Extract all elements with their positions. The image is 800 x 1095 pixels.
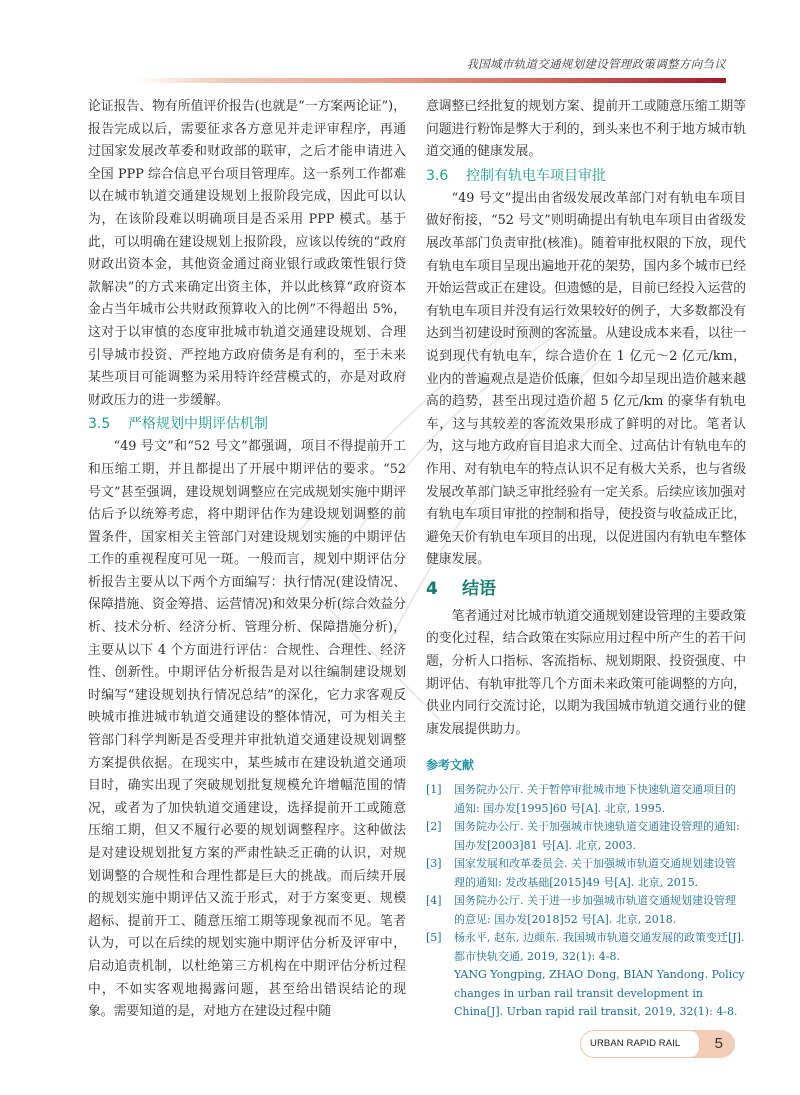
left-column: 论证报告、物有所值评价报告(也就是“一方案两论证”)，报告完成以后，需要征求各方…: [88, 96, 406, 1024]
chapter-number: 4: [426, 574, 462, 604]
body-paragraph: “49 号文”提出由省级发展改革部门对有轨电车项目做好衔接，“52 号文”则明确…: [426, 188, 746, 572]
reference-text: 杨永平, 赵东, 边颜东. 我国城市轨道交通发展的政策变迁[J]. 都市快轨交通…: [454, 931, 744, 963]
reference-item: [3] 国家发展和改革委员会. 关于加强城市轨道交通规划建设管理的通知: 发改基…: [426, 855, 746, 892]
right-column: 意调整已经批复的规划方案、提前开工或随意压缩工期等问题进行粉饰是弊大于利的，到头…: [426, 96, 746, 1053]
reference-text-english: YANG Yongping, ZHAO Dong, BIAN Yandong. …: [454, 966, 746, 1022]
running-title: 我国城市轨道交通规划建设管理政策调整方向刍议: [466, 56, 726, 72]
section-heading-3-6: 3.6控制有轨电车项目审批: [426, 164, 746, 188]
section-title: 严格规划中期评估机制: [128, 416, 268, 432]
reference-item: [5] 杨永平, 赵东, 边颜东. 我国城市轨道交通发展的政策变迁[J]. 都市…: [426, 929, 746, 1022]
section-heading-3-5: 3.5严格规划中期评估机制: [88, 412, 406, 436]
reference-text: 国务院办公厅. 关于进一步加强城市轨道交通规划建设管理的意见: 国办发[2018…: [454, 894, 736, 926]
chapter-title: 结语: [462, 579, 496, 599]
page-footer: URBAN RAPID RAIL TRANSIT 5: [580, 1030, 735, 1058]
reference-item: [4] 国务院办公厅. 关于进一步加强城市轨道交通规划建设管理的意见: 国办发[…: [426, 892, 746, 929]
header-rule: [135, 78, 726, 83]
references-list: [1] 国务院办公厅. 关于暂停审批城市地下快速轨道交通项目的通知: 国办发[1…: [426, 781, 746, 1022]
reference-item: [1] 国务院办公厅. 关于暂停审批城市地下快速轨道交通项目的通知: 国办发[1…: [426, 781, 746, 818]
section-number: 3.5: [88, 412, 128, 436]
reference-text: 国务院办公厅. 关于暂停审批城市地下快速轨道交通项目的通知: 国办发[1995]…: [454, 783, 736, 815]
journal-name: URBAN RAPID RAIL TRANSIT: [580, 1030, 700, 1058]
reference-text: 国务院办公厅. 关于加强城市快速轨道交通建设管理的通知: 国办发[2003]81…: [454, 820, 740, 852]
reference-text: 国家发展和改革委员会. 关于加强城市轨道交通规划建设管理的通知: 发改基础[20…: [454, 857, 736, 889]
reference-number: [3]: [426, 855, 442, 874]
reference-number: [5]: [426, 929, 442, 948]
body-paragraph: 论证报告、物有所值评价报告(也就是“一方案两论证”)，报告完成以后，需要征求各方…: [88, 96, 406, 412]
reference-item: [2] 国务院办公厅. 关于加强城市快速轨道交通建设管理的通知: 国办发[200…: [426, 818, 746, 855]
section-title: 控制有轨电车项目审批: [466, 168, 606, 184]
reference-number: [4]: [426, 892, 442, 911]
body-paragraph: 意调整已经批复的规划方案、提前开工或随意压缩工期等问题进行粉饰是弊大于利的，到头…: [426, 96, 746, 164]
references-title: 参考文献: [426, 755, 746, 775]
reference-number: [2]: [426, 818, 442, 837]
page-number: 5: [715, 1030, 723, 1058]
section-number: 3.6: [426, 164, 466, 188]
reference-number: [1]: [426, 781, 442, 800]
body-paragraph: “49 号文”和“52 号文”都强调，项目不得提前开工和压缩工期，并且都提出了开…: [88, 436, 406, 1023]
body-paragraph: 笔者通过对比城市轨道交通规划建设管理的主要政策的变化过程，结合政策在实际应用过程…: [426, 606, 746, 742]
chapter-heading-4: 4结语: [426, 574, 746, 604]
